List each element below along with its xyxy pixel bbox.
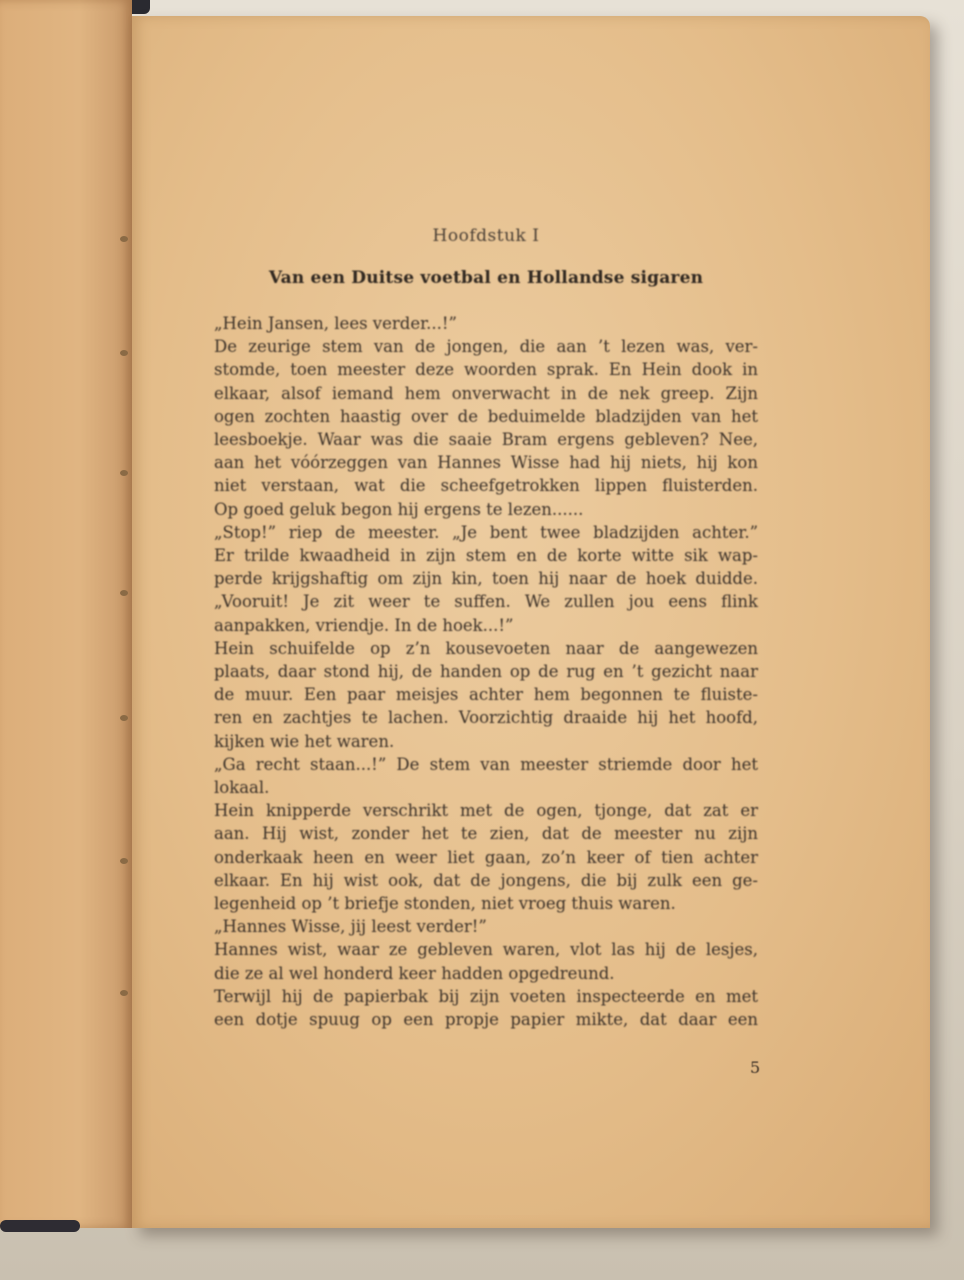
- text-line: die ze al wel honderd keer hadden opgedr…: [214, 962, 758, 985]
- binding-stitch: [120, 990, 128, 996]
- chapter-title: Van een Duitse voetbal en Hollandse siga…: [214, 268, 758, 288]
- text-line: Er trilde kwaadheid in zijn stem en de k…: [214, 544, 758, 567]
- text-line: onderkaak heen en weer liet gaan, zo’n k…: [214, 846, 758, 869]
- text-line: kijken wie het waren.: [214, 730, 758, 753]
- body-text: „Hein Jansen, lees verder...!”De zeurige…: [214, 312, 758, 1031]
- text-line: de muur. Een paar meisjes achter hem beg…: [214, 683, 758, 706]
- text-line: ogen zochten haastig over de beduimelde …: [214, 405, 758, 428]
- text-line: aan het vóórzeggen van Hannes Wisse had …: [214, 451, 758, 474]
- text-line: een dotje spuug op een propje papier mik…: [214, 1008, 758, 1031]
- text-line: Hein schuifelde op z’n kousevoeten naar …: [214, 637, 758, 660]
- text-line: „Stop!” riep de meester. „Je bent twee b…: [214, 521, 758, 544]
- binding-stitch: [120, 350, 128, 356]
- text-line: „Hein Jansen, lees verder...!”: [214, 312, 758, 335]
- text-line: legenheid op ’t briefje stonden, niet vr…: [214, 892, 758, 915]
- text-line: stomde, toen meester deze woorden sprak.…: [214, 358, 758, 381]
- binding-stitch: [120, 715, 128, 721]
- text-line: „Hannes Wisse, jij leest verder!”: [214, 915, 758, 938]
- text-line: elkaar. En hij wist ook, dat de jongens,…: [214, 869, 758, 892]
- text-line: Op goed geluk begon hij ergens te lezen.…: [214, 498, 758, 521]
- text-line: Hein knipperde verschrikt met de ogen, t…: [214, 799, 758, 822]
- text-line: De zeurige stem van de jongen, die aan ’…: [214, 335, 758, 358]
- left-page-edge: [0, 0, 132, 1228]
- text-line: plaats, daar stond hij, de handen op de …: [214, 660, 758, 683]
- text-line: Hannes wist, waar ze gebleven waren, vlo…: [214, 938, 758, 961]
- page-number: 5: [750, 1058, 760, 1077]
- text-line: „Vooruit! Je zit weer te suffen. We zull…: [214, 590, 758, 613]
- text-line: ren en zachtjes te lachen. Voorzichtig d…: [214, 706, 758, 729]
- text-line: Terwijl hij de papierbak bij zijn voeten…: [214, 985, 758, 1008]
- text-line: elkaar, alsof iemand hem onverwacht in d…: [214, 382, 758, 405]
- binding-stitch: [120, 590, 128, 596]
- text-line: leesboekje. Waar was die saaie Bram erge…: [214, 428, 758, 451]
- text-line: aanpakken, vriendje. In de hoek...!”: [214, 614, 758, 637]
- text-line: niet verstaan, wat die scheefgetrokken l…: [214, 474, 758, 497]
- binding-stitch: [120, 858, 128, 864]
- chapter-label: Hoofdstuk I: [214, 226, 758, 246]
- text-line: lokaal.: [214, 776, 758, 799]
- text-line: aan. Hij wist, zonder het te zien, dat d…: [214, 822, 758, 845]
- text-line: perde krijgshaftig om zijn kin, toen hij…: [214, 567, 758, 590]
- binding-stitch: [120, 470, 128, 476]
- text-line: „Ga recht staan...!” De stem van meester…: [214, 753, 758, 776]
- binding-stitch: [120, 236, 128, 242]
- book-cover-bottom: [0, 1220, 80, 1232]
- page-text: Hoofdstuk I Van een Duitse voetbal en Ho…: [214, 226, 758, 1031]
